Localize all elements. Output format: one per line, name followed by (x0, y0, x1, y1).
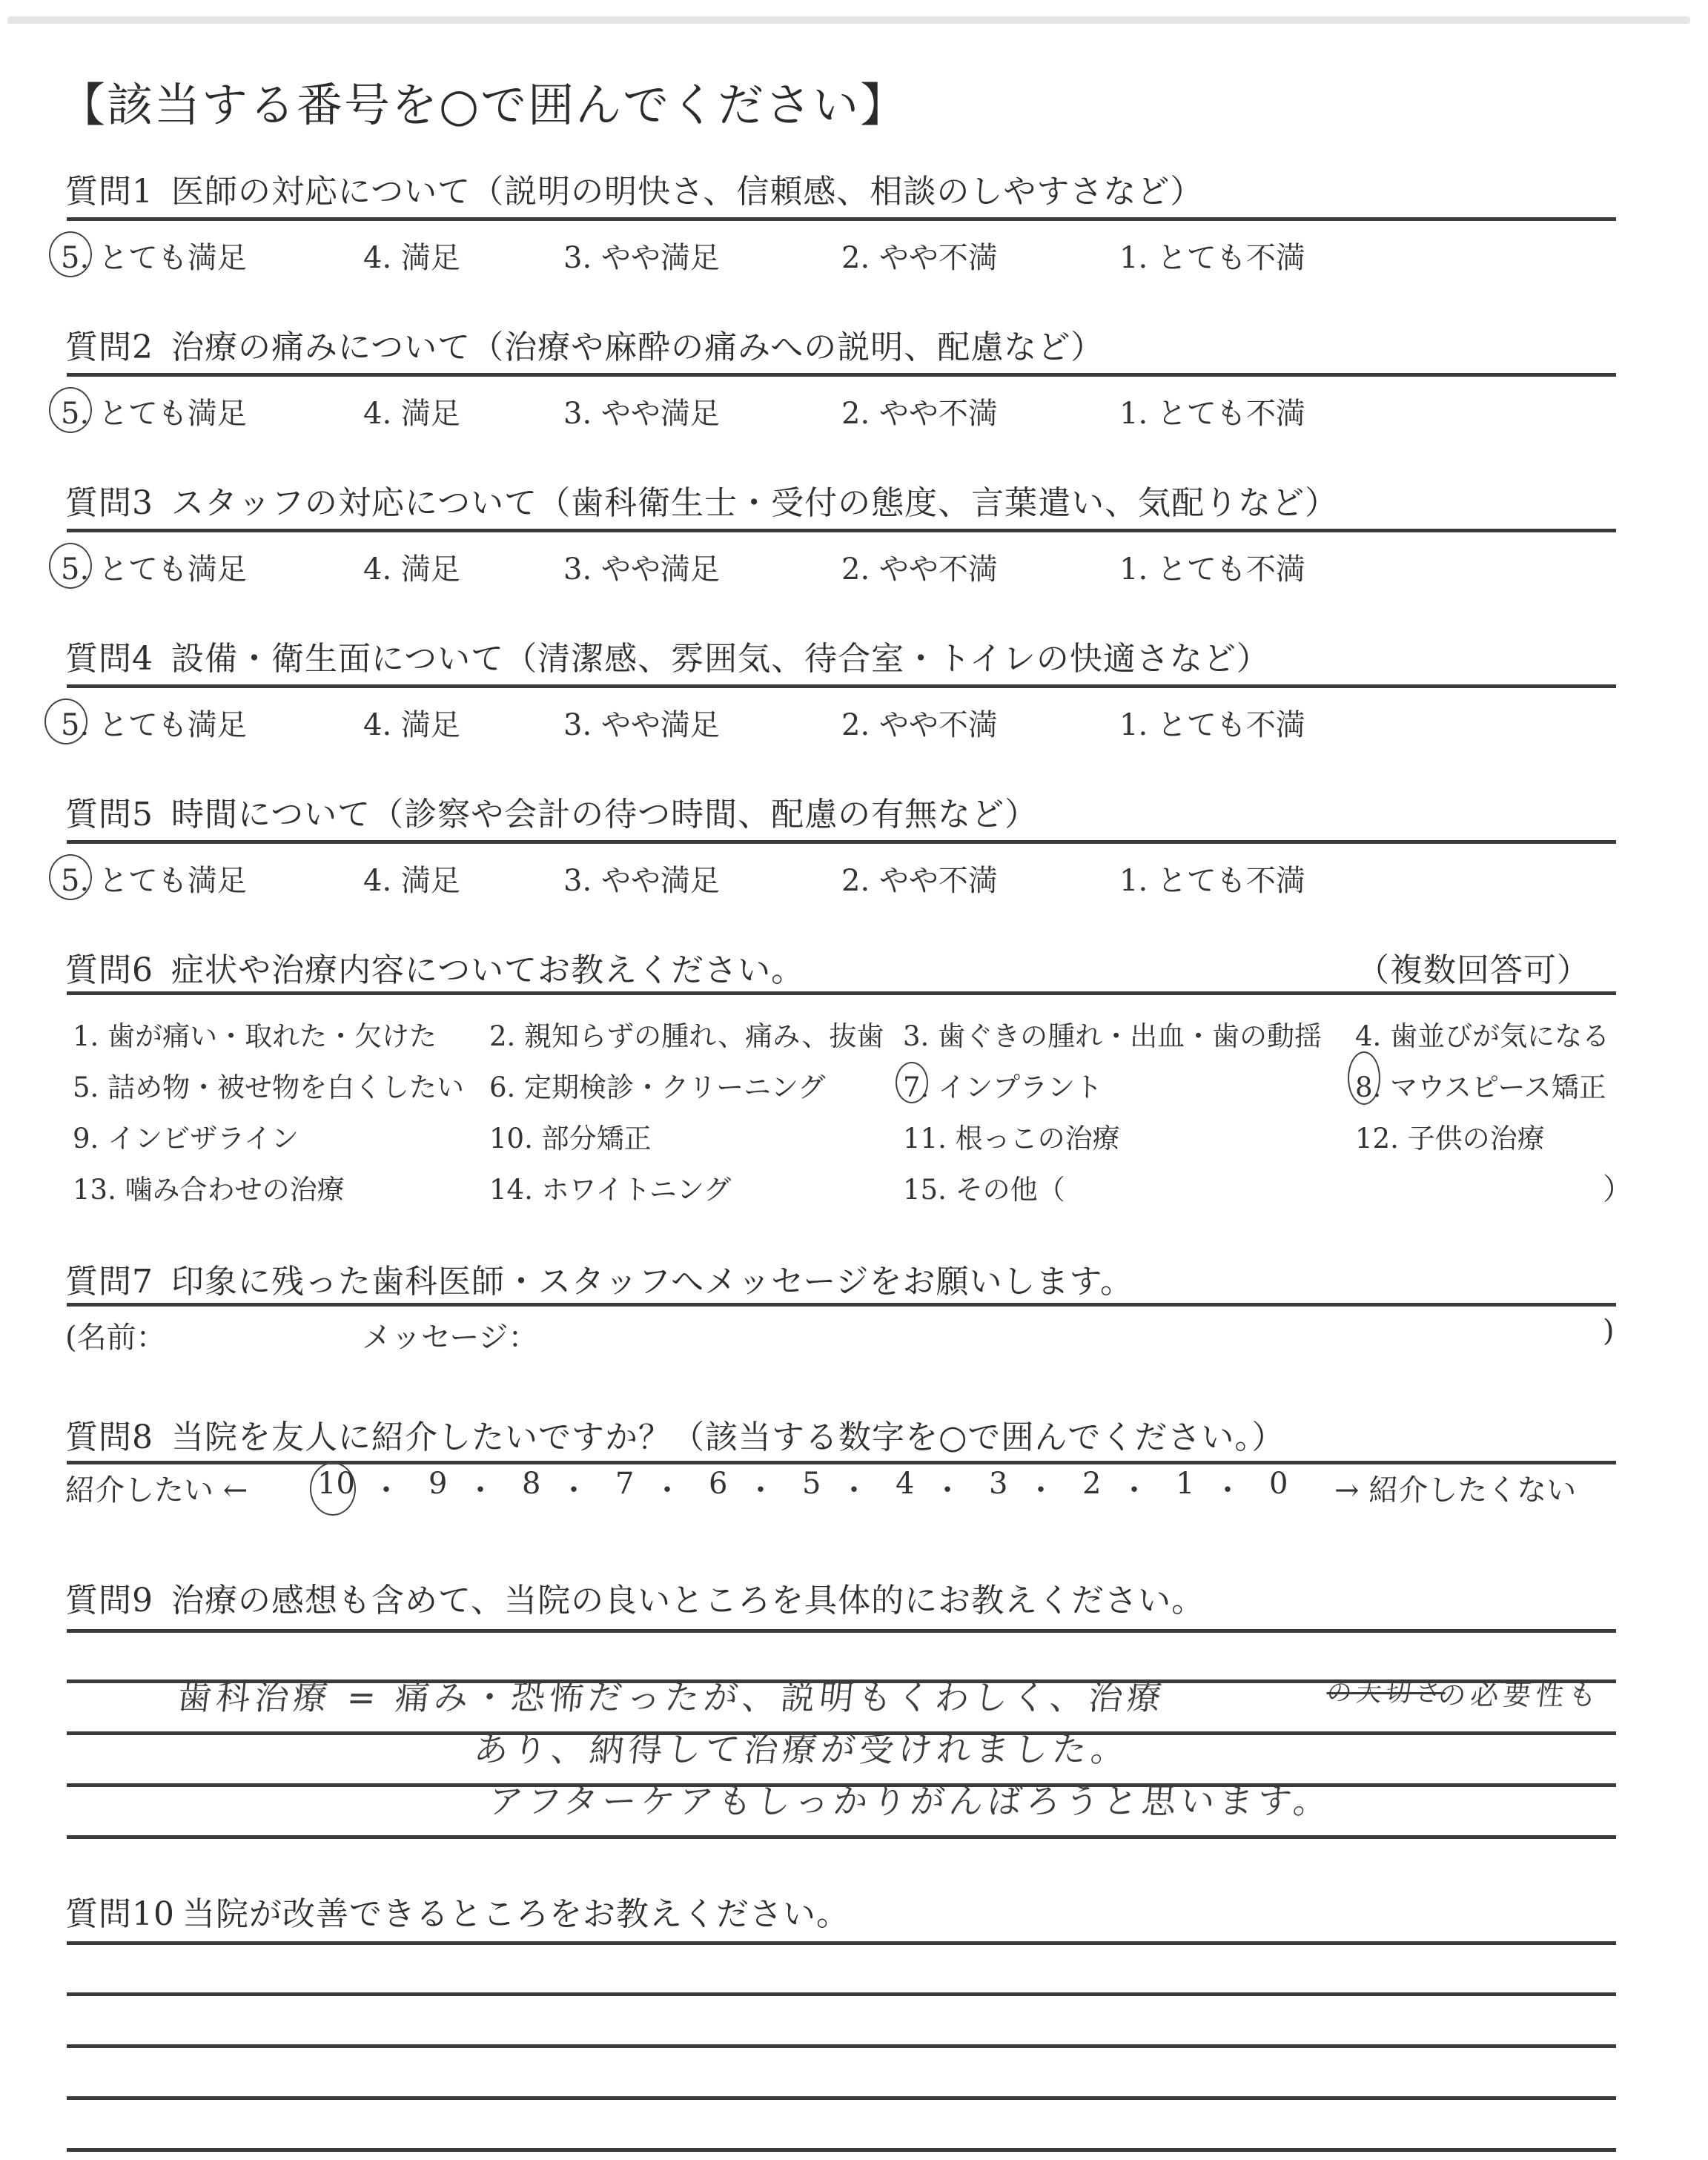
q3-option-1[interactable]: 1. とても不満 (1119, 546, 1305, 588)
q5-options: 5. とても満足 4. 満足 3. やや満足 2. やや不満 1. とても不満 (44, 854, 1601, 899)
q1-options: 5. とても満足 4. 満足 3. やや満足 2. やや不満 1. とても不満 (44, 231, 1601, 276)
q7-text: 印象に残った歯科医師・スタッフへメッセージをお願いします。 (171, 1263, 1133, 1301)
q3-option-5[interactable]: 5. とても満足 (61, 546, 247, 588)
q9-text: 治療の感想も含めて、当院の良いところを具体的にお教えください。 (171, 1582, 1205, 1619)
q6-option-10[interactable]: 10. 部分矯正 (489, 1116, 652, 1156)
q8-score-4[interactable]: 4 (896, 1467, 914, 1501)
q8-heading: 質問8当院を友人に紹介したいですか？（該当する数字を○で囲んでください。） (65, 1410, 1285, 1458)
q4-option-3[interactable]: 3. やや満足 (563, 701, 720, 744)
q5-text: 時間について（診察や会計の待つ時間、配慮の有無など） (171, 796, 1038, 833)
q7-rule (67, 1303, 1616, 1307)
q6-option-5[interactable]: 5. 詰め物・被せ物を白くしたい (73, 1065, 464, 1105)
q5-option-5[interactable]: 5. とても満足 (61, 857, 247, 899)
q8-left-label: 紹介したい ← (65, 1467, 248, 1509)
q5-number: 質問5 (65, 787, 153, 835)
q9-handwritten-line-3: アフターケアもしっかりがんばろうと思います。 (487, 1774, 1335, 1823)
q6-option-3[interactable]: 3. 歯ぐきの腫れ・出血・歯の動揺 (903, 1014, 1322, 1054)
q4-text: 設備・衛生面について（清潔感、雰囲気、待合室・トイレの快適さなど） (171, 640, 1270, 678)
q6-heading: 質問6症状や治療内容についてお教えください。 (65, 943, 804, 991)
q8-score-10[interactable]: 10 (317, 1467, 355, 1501)
q2-text: 治療の痛みについて（治療や麻酔の痛みへの説明、配慮など） (171, 328, 1104, 366)
q9-heading: 質問9治療の感想も含めて、当院の良いところを具体的にお教えください。 (65, 1573, 1205, 1621)
q8-score-9[interactable]: 9 (428, 1467, 447, 1501)
q8-score-8[interactable]: 8 (522, 1467, 540, 1501)
q7-message-field[interactable] (549, 1314, 1586, 1348)
q6-option-4[interactable]: 4. 歯並びが気になる (1355, 1014, 1609, 1054)
q10-heading: 質問10当院が改善できるところをお教えください。 (65, 1887, 850, 1935)
q6-multi-answer-note: （複数回答可） (1357, 943, 1590, 991)
q1-option-2[interactable]: 2. やや不満 (841, 234, 998, 277)
q1-option-3[interactable]: 3. やや満足 (563, 234, 720, 277)
q1-option-4[interactable]: 4. 満足 (363, 234, 460, 277)
q8-score-1[interactable]: 1 (1176, 1467, 1194, 1501)
q8-score-2[interactable]: 2 (1082, 1467, 1101, 1501)
q8-rule (67, 1461, 1616, 1464)
q9-rule-5 (67, 1835, 1616, 1839)
q1-text: 医師の対応について（説明の明快さ、信頼感、相談のしやすさなど） (171, 173, 1203, 211)
q4-options: 5. とても満足 4. 満足 3. やや満足 2. やや不満 1. とても不満 (44, 698, 1601, 743)
scale-separator: ・ (1026, 1467, 1056, 1509)
q6-text: 症状や治療内容についてお教えください。 (171, 951, 804, 989)
scale-separator: ・ (933, 1467, 962, 1509)
page-title: 【該当する番号を○で囲んでください】 (59, 68, 907, 134)
scale-separator: ・ (371, 1467, 401, 1509)
q2-option-2[interactable]: 2. やや不満 (841, 390, 998, 432)
q4-rule (67, 684, 1616, 688)
q6-option-2[interactable]: 2. 親知らずの腫れ、痛み、抜歯 (489, 1014, 884, 1054)
q5-option-4[interactable]: 4. 満足 (363, 857, 460, 899)
q6-number: 質問6 (65, 943, 153, 991)
q6-option-8[interactable]: 8. マウスピース矯正 (1355, 1065, 1606, 1105)
q1-option-5[interactable]: 5. とても満足 (61, 234, 247, 277)
scale-separator: ・ (746, 1467, 775, 1509)
q6-other-close-paren: ） (1603, 1166, 1632, 1208)
q3-option-3[interactable]: 3. やや満足 (563, 546, 720, 588)
q6-rule (67, 991, 1616, 995)
q7-message-label: メッセージ： (362, 1314, 538, 1356)
q8-score-5[interactable]: 5 (802, 1467, 821, 1501)
q1-heading: 質問1医師の対応について（説明の明快さ、信頼感、相談のしやすさなど） (65, 165, 1203, 212)
q6-option-9[interactable]: 9. インビザライン (73, 1116, 299, 1156)
q3-text: スタッフの対応について（歯科衛生士・受付の態度、言葉遣い、気配りなど） (171, 484, 1338, 522)
scan-edge (7, 16, 1690, 24)
q6-option-15-other[interactable]: 15. その他（ (903, 1167, 1065, 1207)
q3-number: 質問3 (65, 476, 153, 524)
q9-number: 質問9 (65, 1573, 153, 1621)
q5-option-1[interactable]: 1. とても不満 (1119, 857, 1305, 899)
q8-scale: 10 ・ 9 ・ 8 ・ 7 ・ 6 ・ 5 ・ 4 ・ 3 ・ 2 ・ 1 ・… (317, 1467, 1355, 1508)
q6-option-11[interactable]: 11. 根っこの治療 (903, 1116, 1120, 1156)
q10-rule-5 (67, 2148, 1616, 2152)
q8-score-6[interactable]: 6 (709, 1467, 727, 1501)
q3-option-2[interactable]: 2. やや不満 (841, 546, 998, 588)
q6-option-6[interactable]: 6. 定期検診・クリーニング (489, 1065, 825, 1105)
q8-number: 質問8 (65, 1410, 153, 1458)
scale-separator: ・ (1213, 1467, 1242, 1509)
q1-number: 質問1 (65, 165, 153, 212)
scale-separator: ・ (1119, 1467, 1149, 1509)
q9-answer-area[interactable]: 歯科治療 = 痛み・恐怖だったが、説明もくわしく、治療 の大切さ の必要性も あ… (67, 1680, 1631, 1835)
q9-rule-1 (67, 1629, 1616, 1633)
q4-option-5[interactable]: 5. とても満足 (61, 701, 247, 744)
q5-option-3[interactable]: 3. やや満足 (563, 857, 720, 899)
q7-heading: 質問7印象に残った歯科医師・スタッフへメッセージをお願いします。 (65, 1255, 1133, 1302)
q6-option-13[interactable]: 13. 噛み合わせの治療 (73, 1167, 345, 1207)
q10-number: 質問10 (65, 1887, 175, 1935)
scale-separator: ・ (652, 1467, 682, 1509)
q8-score-7[interactable]: 7 (615, 1467, 634, 1501)
q9-handwritten-line-1: 歯科治療 = 痛み・恐怖だったが、説明もくわしく、治療 (176, 1671, 1169, 1720)
q9-handwritten-line-2: あり、納得して治療が受けれました。 (472, 1723, 1133, 1771)
q4-option-1[interactable]: 1. とても不満 (1119, 701, 1305, 744)
q5-rule (67, 840, 1616, 844)
q2-options: 5. とても満足 4. 満足 3. やや満足 2. やや不満 1. とても不満 (44, 387, 1601, 432)
q10-answer-area[interactable] (67, 1944, 1616, 2144)
q4-number: 質問4 (65, 632, 153, 679)
q2-option-5[interactable]: 5. とても満足 (61, 390, 247, 432)
q3-options: 5. とても満足 4. 満足 3. やや満足 2. やや不満 1. とても不満 (44, 543, 1601, 587)
q9-handwritten-line-1b: の必要性も (1436, 1672, 1603, 1713)
q2-option-1[interactable]: 1. とても不満 (1119, 390, 1305, 432)
scale-separator: ・ (559, 1467, 589, 1509)
q2-heading: 質問2治療の痛みについて（治療や麻酔の痛みへの説明、配慮など） (65, 320, 1104, 368)
q4-heading: 質問4設備・衛生面について（清潔感、雰囲気、待合室・トイレの快適さなど） (65, 632, 1270, 679)
q7-close-paren: ) (1603, 1314, 1615, 1348)
q5-option-2[interactable]: 2. やや不満 (841, 857, 998, 899)
q10-text: 当院が改善できるところをお教えください。 (182, 1895, 850, 1933)
q3-option-4[interactable]: 4. 満足 (363, 546, 460, 588)
q3-heading: 質問3スタッフの対応について（歯科衛生士・受付の態度、言葉遣い、気配りなど） (65, 476, 1338, 524)
q4-option-2[interactable]: 2. やや不満 (841, 701, 998, 744)
q4-option-4[interactable]: 4. 満足 (363, 701, 460, 744)
q3-rule (67, 529, 1616, 532)
q8-score-0[interactable]: 0 (1269, 1467, 1288, 1501)
q2-option-3[interactable]: 3. やや満足 (563, 390, 720, 432)
q6-option-1[interactable]: 1. 歯が痛い・取れた・欠けた (73, 1014, 437, 1054)
q2-option-4[interactable]: 4. 満足 (363, 390, 460, 432)
q6-option-12[interactable]: 12. 子供の治療 (1355, 1116, 1545, 1156)
q1-option-1[interactable]: 1. とても不満 (1119, 234, 1305, 277)
q6-option-7[interactable]: 7. インプラント (903, 1065, 1102, 1105)
q6-option-14[interactable]: 14. ホワイトニング (489, 1167, 731, 1207)
q8-text: 当院を友人に紹介したいですか？（該当する数字を○で囲んでください。） (171, 1418, 1285, 1456)
q2-rule (67, 373, 1616, 377)
scale-separator: ・ (839, 1467, 869, 1509)
q1-rule (67, 217, 1616, 221)
q9-struck-out-text: の大切さ (1325, 1672, 1447, 1708)
q5-heading: 質問5時間について（診察や会計の待つ時間、配慮の有無など） (65, 787, 1038, 835)
q8-score-3[interactable]: 3 (989, 1467, 1007, 1501)
q7-name-field[interactable] (178, 1314, 348, 1348)
q8-right-label: → 紹介したくない (1334, 1467, 1576, 1509)
q7-number: 質問7 (65, 1255, 153, 1302)
q2-number: 質問2 (65, 320, 153, 368)
scale-separator: ・ (466, 1467, 495, 1509)
q7-name-label: (名前： (65, 1314, 166, 1356)
